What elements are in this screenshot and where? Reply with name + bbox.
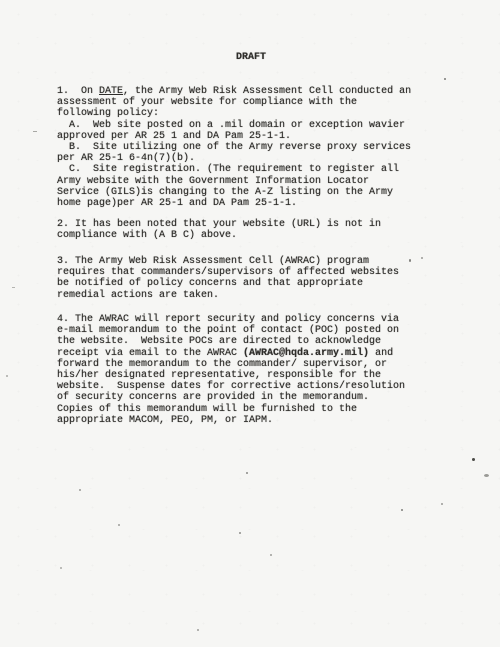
date-placeholder: DATE (99, 86, 123, 97)
paragraph-2: 2. It has been noted that your website (… (57, 219, 437, 241)
scan-speck (79, 489, 81, 491)
scan-speck (246, 472, 248, 474)
scan-speck (484, 474, 489, 477)
paragraph-1: 1. On DATE, the Army Web Risk Assessment… (57, 86, 437, 209)
scan-speck (401, 509, 403, 511)
scan-speck (118, 524, 120, 526)
scan-speck (409, 259, 411, 262)
scan-speck (197, 629, 199, 631)
scan-speck (472, 458, 475, 461)
scan-speck (270, 554, 272, 556)
scanned-document-page: DRAFT 1. On DATE, the Army Web Risk Asse… (0, 0, 500, 647)
paragraph-4-suffix: and forward the memorandum to the comman… (57, 348, 405, 426)
scan-speck (421, 257, 423, 259)
paragraph-4: 4. The AWRAC will report security and po… (57, 314, 437, 426)
scan-speck (33, 131, 37, 132)
draft-label: DRAFT (236, 52, 266, 63)
paragraph-1-body: , the Army Web Risk Assessment Cell cond… (57, 86, 411, 209)
scan-speck (60, 567, 62, 569)
scan-speck (12, 287, 15, 288)
scan-speck (6, 375, 8, 377)
paragraph-3: 3. The Army Web Risk Assessment Cell (AW… (57, 256, 437, 301)
awrac-email: (AWRAC@hqda.army.mil) (243, 348, 369, 359)
scan-speck (239, 532, 241, 534)
scan-speck (441, 503, 443, 505)
scan-speck (444, 78, 446, 80)
paragraph-1-prefix: 1. On (57, 86, 99, 97)
